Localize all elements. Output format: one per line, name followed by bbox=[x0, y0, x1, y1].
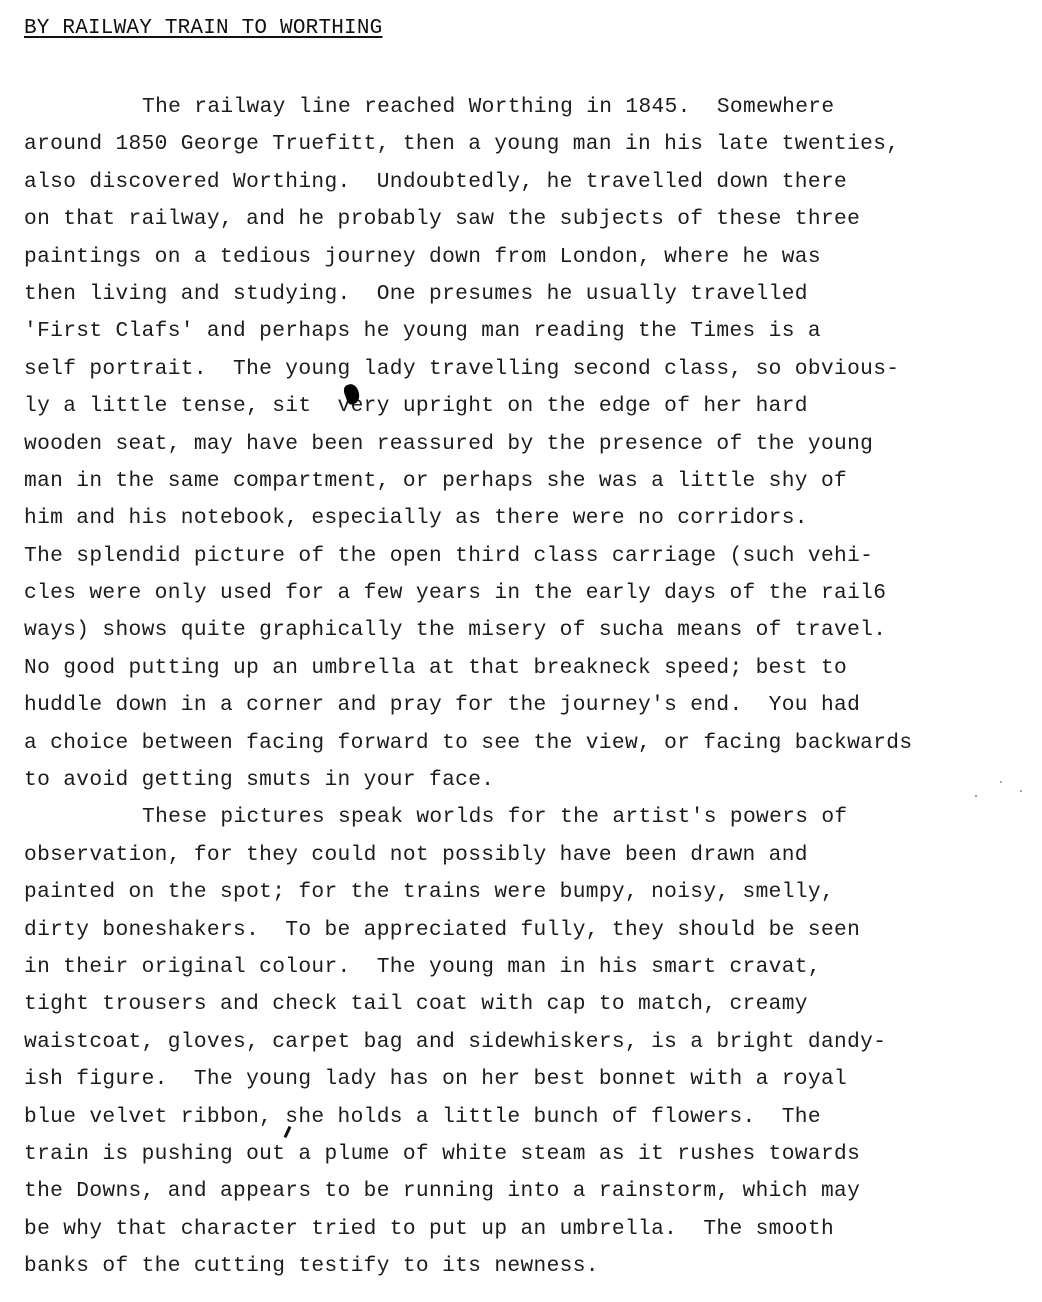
text-line: 'First Clafs' and perhaps he young man r… bbox=[24, 313, 1034, 350]
text-line: ways) shows quite graphically the misery… bbox=[24, 612, 1034, 649]
paper-speck bbox=[975, 795, 977, 797]
document-body: The railway line reached Worthing in 184… bbox=[24, 89, 1034, 1286]
text-line: on that railway, and he probably saw the… bbox=[24, 201, 1034, 238]
paper-speck bbox=[1000, 781, 1002, 783]
text-line: ish figure. The young lady has on her be… bbox=[24, 1061, 1034, 1098]
text-line: also discovered Worthing. Undoubtedly, h… bbox=[24, 164, 1034, 201]
text-line: him and his notebook, especially as ther… bbox=[24, 500, 1034, 537]
text-line: painted on the spot; for the trains were… bbox=[24, 874, 1034, 911]
text-line: tight trousers and check tail coat with … bbox=[24, 986, 1034, 1023]
text-line: blue velvet ribbon, she holds a little b… bbox=[24, 1099, 1034, 1136]
text-line: train is pushing out a plume of white st… bbox=[24, 1136, 1034, 1173]
text-line: The splendid picture of the open third c… bbox=[24, 538, 1034, 575]
text-line: to avoid getting smuts in your face. bbox=[24, 762, 1034, 799]
text-line: wooden seat, may have been reassured by … bbox=[24, 426, 1034, 463]
paper-speck bbox=[1020, 790, 1022, 792]
text-line: huddle down in a corner and pray for the… bbox=[24, 687, 1034, 724]
text-line: then living and studying. One presumes h… bbox=[24, 276, 1034, 313]
text-line: paintings on a tedious journey down from… bbox=[24, 239, 1034, 276]
text-line: man in the same compartment, or perhaps … bbox=[24, 463, 1034, 500]
typewritten-page: BY RAILWAY TRAIN TO WORTHING The railway… bbox=[0, 0, 1042, 1302]
text-line: The railway line reached Worthing in 184… bbox=[24, 89, 1034, 126]
text-line: ly a little tense, sit very upright on t… bbox=[24, 388, 1034, 425]
text-line: waistcoat, gloves, carpet bag and sidewh… bbox=[24, 1024, 1034, 1061]
text-line: cles were only used for a few years in t… bbox=[24, 575, 1034, 612]
text-line: the Downs, and appears to be running int… bbox=[24, 1173, 1034, 1210]
text-line: observation, for they could not possibly… bbox=[24, 837, 1034, 874]
text-line: a choice between facing forward to see t… bbox=[24, 725, 1034, 762]
text-line: These pictures speak worlds for the arti… bbox=[24, 799, 1034, 836]
text-line: dirty boneshakers. To be appreciated ful… bbox=[24, 912, 1034, 949]
text-line: around 1850 George Truefitt, then a youn… bbox=[24, 126, 1034, 163]
text-line: banks of the cutting testify to its newn… bbox=[24, 1248, 1034, 1285]
document-title: BY RAILWAY TRAIN TO WORTHING bbox=[24, 16, 382, 42]
text-line: in their original colour. The young man … bbox=[24, 949, 1034, 986]
text-line: self portrait. The young lady travelling… bbox=[24, 351, 1034, 388]
text-line: be why that character tried to put up an… bbox=[24, 1211, 1034, 1248]
text-line: No good putting up an umbrella at that b… bbox=[24, 650, 1034, 687]
